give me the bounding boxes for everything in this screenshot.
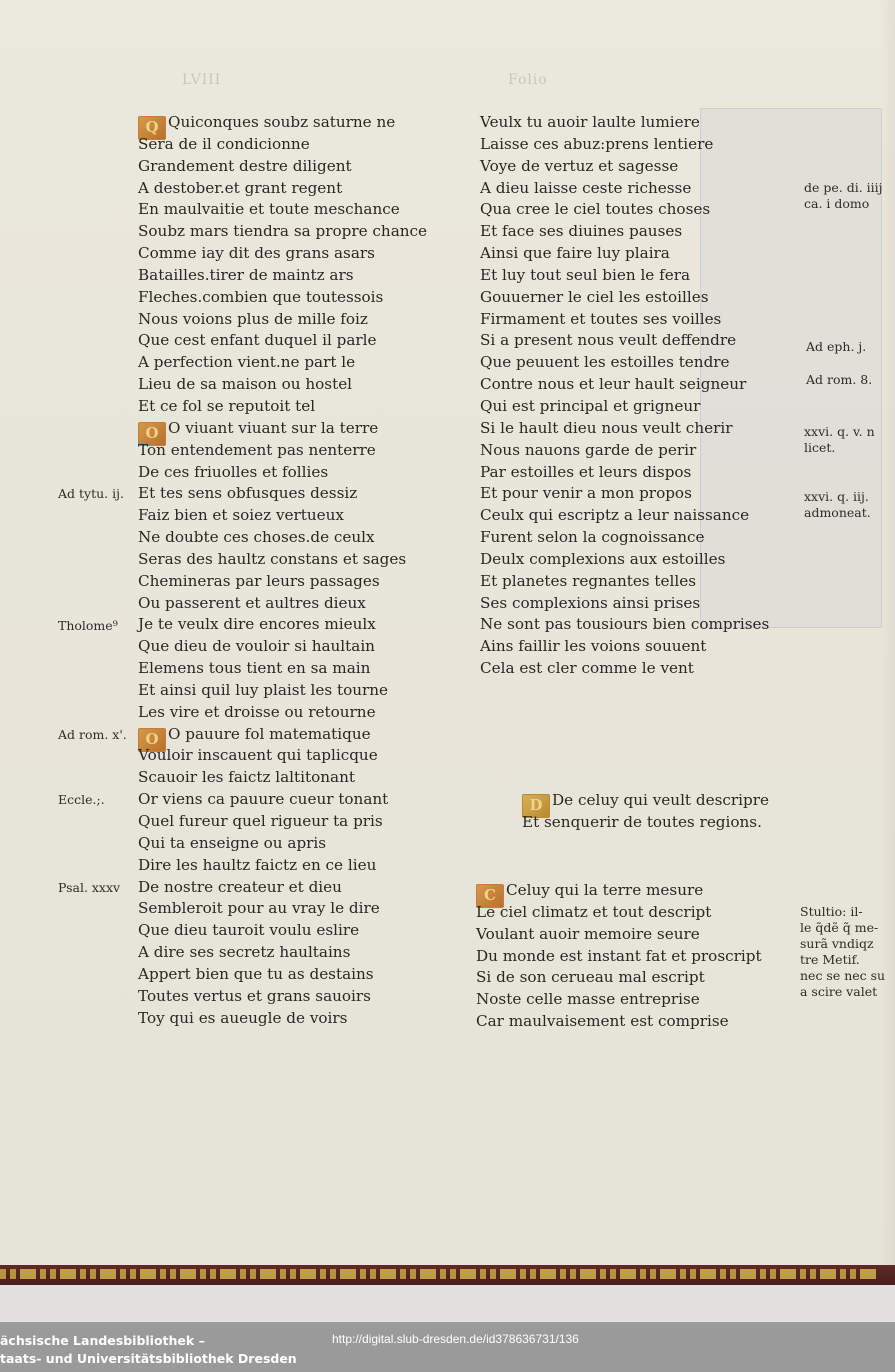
library-name: ächsische Landesbibliothek – taats- und … [0, 1332, 297, 1368]
verse-line: Et face ses diuines pauses [480, 221, 769, 243]
verse-line: De ces friuolles et follies [138, 462, 427, 484]
verse-line: Firmament et toutes ses voilles [480, 309, 769, 331]
verse-line: Fleches.combien que toutessois [138, 287, 427, 309]
verse-line: Et ce fol se reputoit tel [138, 396, 427, 418]
verse-line: A perfection vient.ne part le [138, 352, 427, 374]
verse-line: Deulx complexions aux estoilles [480, 549, 769, 571]
verse-line: OO viuant viuant sur la terre [138, 418, 427, 440]
chapter-heading-line-2: Et senquerir de toutes regions. [522, 811, 769, 833]
verse-line: Nous nauons garde de perir [480, 440, 769, 462]
verse-line: Contre nous et leur hault seigneur [480, 374, 769, 396]
verse-line: Qua cree le ciel toutes choses [480, 199, 769, 221]
verse-line: A destober.et grant regent [138, 178, 427, 200]
verse-line: Furent selon la cognoissance [480, 527, 769, 549]
verse-line: Ses complexions ainsi prises [480, 593, 769, 615]
verse-line: Que dieu de vouloir si haultain [138, 636, 427, 658]
verse-line: Gouuerner le ciel les estoilles [480, 287, 769, 309]
verse-line: A dieu laisse ceste richesse [480, 178, 769, 200]
verse-line: OO pauure fol matematique [138, 724, 427, 746]
verse-line: Appert bien que tu as destains [138, 964, 427, 986]
verse-line: En maulvaitie et toute meschance [138, 199, 427, 221]
verse-line: Faiz bien et soiez vertueux [138, 505, 427, 527]
background-cloth [0, 1285, 895, 1322]
verse-line: Vouloir inscauent qui taplicque [138, 745, 427, 767]
verse-line: Comme iay dit des grans asars [138, 243, 427, 265]
verse-line: Ne doubte ces choses.de ceulx [138, 527, 427, 549]
verse-line: Elemens tous tient en sa main [138, 658, 427, 680]
permalink-url[interactable]: http://digital.slub-dresden.de/id3786367… [332, 1332, 579, 1346]
right-text-column: Veulx tu auoir laulte lumiereLaisse ces … [480, 112, 769, 680]
right-margin-note-6: Stultio: il- le q̃dẽ q̃ me- surã vndiqz … [800, 904, 885, 1000]
right-margin-note-2: Ad eph. j. [806, 339, 866, 355]
verse-line: Car maulvaisement est comprise [476, 1011, 762, 1033]
left-text-column: QQuiconques soubz saturne neSera de il c… [138, 112, 427, 1029]
right-margin-note-4: xxvi. q. v. n licet. [804, 424, 875, 456]
verse-line: Chemineras par leurs passages [138, 571, 427, 593]
left-margin-note: Eccle.;. [58, 792, 105, 808]
verse-line: Voulant auoir memoire seure [476, 924, 762, 946]
verse-line: Grandement destre diligent [138, 156, 427, 178]
verse-line: Toy qui es aueugle de voirs [138, 1008, 427, 1030]
verse-line: Et ainsi quil luy plaist les tourne [138, 680, 427, 702]
verse-line: Batailles.tirer de maintz ars [138, 265, 427, 287]
verse-line: Noste celle masse entreprise [476, 989, 762, 1011]
footer-bar: ächsische Landesbibliothek – taats- und … [0, 1322, 895, 1372]
verse-line: Ou passerent et aultres dieux [138, 593, 427, 615]
verse-line: Soubz mars tiendra sa propre chance [138, 221, 427, 243]
right-margin-note-1: de pe. di. iiij ca. i domo [804, 180, 883, 212]
verse-line: Laisse ces abuz:prens lentiere [480, 134, 769, 156]
verse-line: Toutes vertus et grans sauoirs [138, 986, 427, 1008]
verse-line: Lieu de sa maison ou hostel [138, 374, 427, 396]
verse-line: Quel fureur quel rigueur ta pris [138, 811, 427, 833]
verse-line: Veulx tu auoir laulte lumiere [480, 112, 769, 134]
verse-line: Si a present nous veult deffendre [480, 330, 769, 352]
verse-line: Ainsi que faire luy plaira [480, 243, 769, 265]
right-margin-note-5: xxvi. q. iij. admoneat. [804, 489, 871, 521]
verse-line: Que cest enfant duquel il parle [138, 330, 427, 352]
verse-line: Les vire et droisse ou retourne [138, 702, 427, 724]
verse-line: Seras des haultz constans et sages [138, 549, 427, 571]
verse-line: Cela est cler comme le vent [480, 658, 769, 680]
verse-line: De nostre createur et dieu [138, 877, 427, 899]
verse-line: Et planetes regnantes telles [480, 571, 769, 593]
verse-line: Voye de vertuz et sagesse [480, 156, 769, 178]
verse-line: Ceulx qui escriptz a leur naissance [480, 505, 769, 527]
left-margin-note: Psal. xxxv [58, 880, 120, 896]
right-margin-note-3: Ad rom. 8. [806, 372, 872, 388]
left-margin-note: Ad rom. x'. [58, 727, 127, 743]
verse-line: Sembleroit pour au vray le dire [138, 898, 427, 920]
verse-line: Si le hault dieu nous veult cherir [480, 418, 769, 440]
right-text-column-lower: CCeluy qui la terre mesureLe ciel climat… [476, 880, 762, 1033]
gilt-tooling [0, 1269, 880, 1279]
left-margin-note: Ad tytu. ij. [58, 486, 124, 502]
verse-line: A dire ses secretz haultains [138, 942, 427, 964]
verse-line: QQuiconques soubz saturne ne [138, 112, 427, 134]
book-binding-edge [0, 1265, 895, 1285]
verse-line: Qui est principal et grigneur [480, 396, 769, 418]
running-head-right: Folio [508, 72, 548, 88]
running-head-left: LVIII [182, 72, 221, 88]
verse-line: Scauoir les faictz laltitonant [138, 767, 427, 789]
left-margin-note: Tholome⁹ [58, 618, 118, 634]
verse-line: Le ciel climatz et tout descript [476, 902, 762, 924]
verse-line: Ton entendement pas nenterre [138, 440, 427, 462]
verse-line: CCeluy qui la terre mesure [476, 880, 762, 902]
verse-line: Qui ta enseigne ou apris [138, 833, 427, 855]
verse-line: Or viens ca pauure cueur tonant [138, 789, 427, 811]
verse-line: Je te veulx dire encores mieulx [138, 614, 427, 636]
chapter-heading: DDe celuy qui veult descripre Et senquer… [522, 789, 769, 833]
verse-line: Que dieu tauroit voulu eslire [138, 920, 427, 942]
verse-line: Et tes sens obfusques dessiz [138, 483, 427, 505]
book-page: LVIII Folio QQuiconques soubz saturne ne… [0, 0, 895, 1265]
verse-line: Et luy tout seul bien le fera [480, 265, 769, 287]
verse-line: Par estoilles et leurs dispos [480, 462, 769, 484]
verse-line: Et pour venir a mon propos [480, 483, 769, 505]
verse-line: Que peuuent les estoilles tendre [480, 352, 769, 374]
verse-line: Dire les haultz faictz en ce lieu [138, 855, 427, 877]
verse-line: Sera de il condicionne [138, 134, 427, 156]
verse-line: Ains faillir les voions souuent [480, 636, 769, 658]
verse-line: Du monde est instant fat et proscript [476, 946, 762, 968]
verse-line: Si de son cerueau mal escript [476, 967, 762, 989]
verse-line: Ne sont pas tousiours bien comprises [480, 614, 769, 636]
verse-line: Nous voions plus de mille foiz [138, 309, 427, 331]
chapter-heading-line-1: DDe celuy qui veult descripre [522, 789, 769, 811]
